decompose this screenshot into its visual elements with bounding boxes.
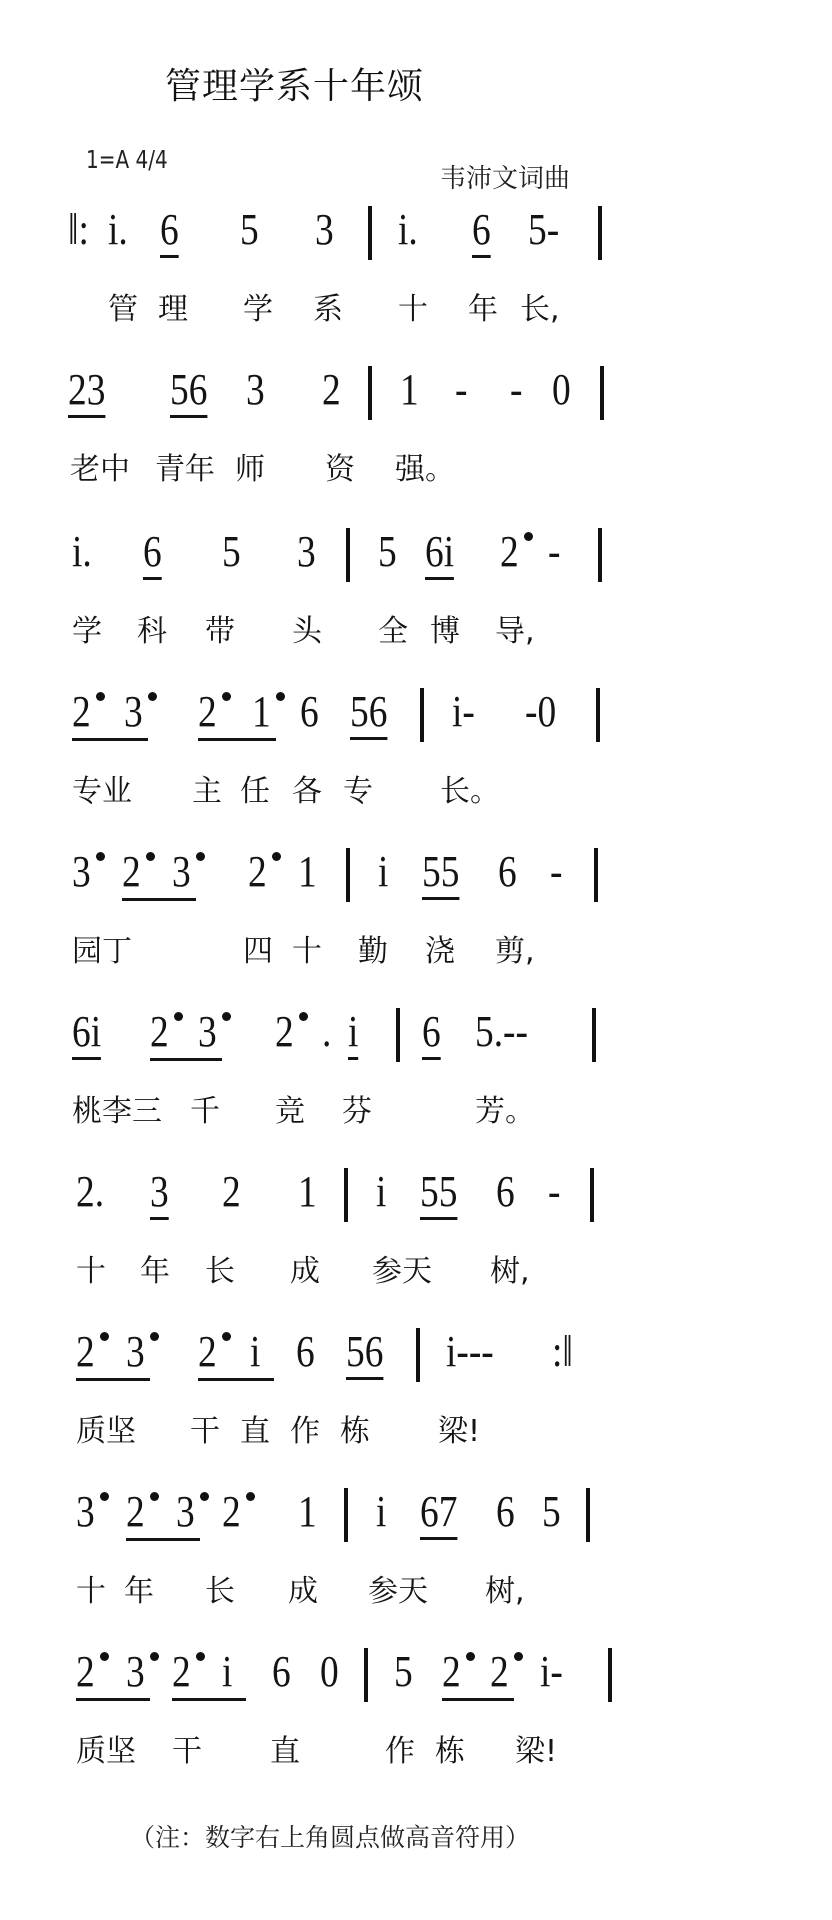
lyric-word: 剪, <box>495 926 535 970</box>
note: 1 <box>400 368 419 412</box>
note: 6i <box>425 530 454 574</box>
note: 2 <box>222 1490 241 1534</box>
note: 2 <box>248 850 267 894</box>
note: 5 <box>378 530 397 574</box>
note: 2 <box>126 1490 145 1534</box>
note: 23 <box>68 368 105 412</box>
score-line: 232i656i---:‖质坚干直作栋梁! <box>0 1330 832 1490</box>
high-octave-dot-icon <box>96 852 105 861</box>
note: 2 <box>150 1010 169 1054</box>
note: 1 <box>252 690 271 734</box>
note: 56 <box>350 690 387 734</box>
lyric-word: 干 <box>172 1726 202 1770</box>
note: 3 <box>198 1010 217 1054</box>
beam-underline <box>76 1378 150 1381</box>
note: 1 <box>298 850 317 894</box>
note: - <box>550 850 562 894</box>
note: 2. <box>76 1170 104 1214</box>
note: i <box>348 1010 358 1054</box>
lyric-word: 强。 <box>395 444 455 488</box>
score-line: 2.321i556-十年长成参天树, <box>0 1170 832 1330</box>
lyric-word: 年 <box>468 284 498 328</box>
note: 2 <box>76 1650 95 1694</box>
note: 2 <box>322 368 341 412</box>
composer-credit: 韦沛文词曲 <box>440 158 570 195</box>
bar-line <box>596 688 600 742</box>
note: 5 <box>222 530 241 574</box>
lyric-word: 梁! <box>515 1726 557 1770</box>
lyric-word: 树, <box>485 1566 525 1610</box>
bar-line <box>420 688 424 742</box>
note: . <box>322 1010 331 1054</box>
note: 3 <box>124 690 143 734</box>
note: 56 <box>346 1330 383 1374</box>
note: - <box>455 368 467 412</box>
lyric-word: 头 <box>292 606 322 650</box>
lyric-word: 系 <box>313 284 343 328</box>
note: 3 <box>172 850 191 894</box>
note: 6 <box>498 850 517 894</box>
lyric-word: 老中 <box>70 444 130 488</box>
lyric-word: 桃李三 <box>72 1086 162 1130</box>
beam-underline <box>150 1058 222 1061</box>
note: 0 <box>320 1650 339 1694</box>
high-octave-dot-icon <box>174 1012 183 1021</box>
note: i. <box>108 208 128 252</box>
note: 6 <box>296 1330 315 1374</box>
score-line: ‖:i.653i.65-管理学系十年长, <box>0 208 832 368</box>
note: - <box>510 368 522 412</box>
note: 3 <box>246 368 265 412</box>
bar-line <box>598 528 602 582</box>
note: 2 <box>172 1650 191 1694</box>
note: 2 <box>222 1170 241 1214</box>
lyric-word: 长 <box>205 1566 235 1610</box>
note: i. <box>398 208 418 252</box>
note: 6 <box>496 1170 515 1214</box>
note: 2 <box>442 1650 461 1694</box>
repeat-start-sign: ‖: <box>68 208 89 252</box>
note: 6 <box>472 208 491 252</box>
bar-line <box>344 1488 348 1542</box>
note: 6 <box>300 690 319 734</box>
lyric-word: 专 <box>343 766 373 810</box>
note: 6 <box>422 1010 441 1054</box>
lyric-word: 质坚 <box>76 1726 136 1770</box>
note: 3 <box>76 1490 95 1534</box>
key-time-signature: 1=A 4/4 <box>86 145 168 174</box>
lyric-word: 专业 <box>72 766 132 810</box>
note: 2 <box>72 690 91 734</box>
note: 2 <box>198 690 217 734</box>
lyric-word: 导, <box>495 606 535 650</box>
lyric-word: 科 <box>137 606 167 650</box>
note: i <box>378 850 388 894</box>
high-octave-dot-icon <box>196 852 205 861</box>
lyric-word: 作 <box>385 1726 415 1770</box>
lyric-word: 博 <box>430 606 460 650</box>
score-line: i.65356i2-学科带头全博导, <box>0 530 832 690</box>
note: 55 <box>422 850 459 894</box>
high-octave-dot-icon <box>100 1652 109 1661</box>
score-line: 2321656i--0专业主任各专长。 <box>0 690 832 850</box>
high-octave-dot-icon <box>276 692 285 701</box>
score-line: 32321i556-园丁四十勤浇剪, <box>0 850 832 1010</box>
note: i- <box>452 690 475 734</box>
lyric-word: 浇 <box>425 926 455 970</box>
note: 1 <box>298 1170 317 1214</box>
note: - <box>548 530 560 574</box>
lyric-word: 青年 <box>155 444 215 488</box>
high-octave-dot-icon <box>466 1652 475 1661</box>
lyric-word: 直 <box>240 1406 270 1450</box>
note: 5 <box>240 208 259 252</box>
note: 5 <box>542 1490 561 1534</box>
note: 3 <box>126 1330 145 1374</box>
high-octave-dot-icon <box>100 1492 109 1501</box>
bar-line <box>600 366 604 420</box>
note: 5- <box>528 208 559 252</box>
lyric-word: 四 <box>243 926 273 970</box>
note: i- <box>540 1650 563 1694</box>
bar-line <box>344 1168 348 1222</box>
bar-line <box>346 848 350 902</box>
high-octave-dot-icon <box>246 1492 255 1501</box>
lyric-word: 各 <box>292 766 322 810</box>
note: 3 <box>150 1170 169 1214</box>
note: 5.-- <box>475 1010 528 1054</box>
lyric-word: 年 <box>140 1246 170 1290</box>
bar-line <box>416 1328 420 1382</box>
score-line: 232i60522i-质坚干直作栋梁! <box>0 1650 832 1810</box>
lyric-word: 学 <box>72 606 102 650</box>
lyric-word: 作 <box>290 1406 320 1450</box>
lyric-word: 带 <box>205 606 235 650</box>
lyric-word: 千 <box>190 1086 220 1130</box>
note: 6 <box>143 530 162 574</box>
note: 3 <box>297 530 316 574</box>
lyric-word: 参天 <box>372 1246 432 1290</box>
high-octave-dot-icon <box>96 692 105 701</box>
high-octave-dot-icon <box>299 1012 308 1021</box>
lyric-word: 资 <box>325 444 355 488</box>
note: 67 <box>420 1490 457 1534</box>
high-octave-dot-icon <box>514 1652 523 1661</box>
bar-line <box>364 1648 368 1702</box>
bar-line <box>608 1648 612 1702</box>
lyric-word: 长, <box>520 284 560 328</box>
high-octave-dot-icon <box>150 1332 159 1341</box>
high-octave-dot-icon <box>150 1492 159 1501</box>
note: 2 <box>76 1330 95 1374</box>
lyric-word: 勤 <box>358 926 388 970</box>
note: 2 <box>198 1330 217 1374</box>
beam-underline <box>76 1698 150 1701</box>
note: 55 <box>420 1170 457 1214</box>
lyric-word: 主 <box>192 766 222 810</box>
lyric-word: 长 <box>205 1246 235 1290</box>
note: i--- <box>446 1330 494 1374</box>
score-line: 6i232.i65.--桃李三千竞芬芳。 <box>0 1010 832 1170</box>
lyric-word: 十 <box>76 1246 106 1290</box>
bar-line <box>594 848 598 902</box>
note: i <box>376 1490 386 1534</box>
note: 2 <box>490 1650 509 1694</box>
lyric-word: 芬 <box>342 1086 372 1130</box>
note: 2 <box>275 1010 294 1054</box>
high-octave-dot-icon <box>148 692 157 701</box>
lyric-word: 园丁 <box>72 926 132 970</box>
note: 2 <box>122 850 141 894</box>
beam-underline <box>172 1698 246 1701</box>
beam-underline <box>198 738 276 741</box>
high-octave-dot-icon <box>146 852 155 861</box>
lyric-word: 年 <box>124 1566 154 1610</box>
bar-line <box>598 206 602 260</box>
note: 3 <box>72 850 91 894</box>
high-octave-dot-icon <box>222 1332 231 1341</box>
lyric-word: 管 <box>108 284 138 328</box>
note: -0 <box>525 690 556 734</box>
footnote: （注：数字右上角圆点做高音符用） <box>130 1818 530 1854</box>
lyric-word: 干 <box>190 1406 220 1450</box>
high-octave-dot-icon <box>100 1332 109 1341</box>
note: 6 <box>272 1650 291 1694</box>
beam-underline <box>72 738 148 741</box>
beam-underline <box>126 1538 200 1541</box>
lyric-word: 芳。 <box>475 1086 535 1130</box>
score-line: 32321i6765十年长成参天树, <box>0 1490 832 1650</box>
bar-line <box>586 1488 590 1542</box>
lyric-word: 成 <box>288 1566 318 1610</box>
high-octave-dot-icon <box>196 1652 205 1661</box>
lyric-word: 树, <box>490 1246 530 1290</box>
lyric-word: 全 <box>378 606 408 650</box>
beam-underline <box>122 898 196 901</box>
lyric-word: 参天 <box>368 1566 428 1610</box>
lyric-word: 师 <box>235 444 265 488</box>
high-octave-dot-icon <box>150 1652 159 1661</box>
lyric-word: 直 <box>270 1726 300 1770</box>
high-octave-dot-icon <box>222 692 231 701</box>
note: 2 <box>500 530 519 574</box>
note: 6 <box>160 208 179 252</box>
lyric-word: 成 <box>290 1246 320 1290</box>
bar-line <box>396 1008 400 1062</box>
song-title: 管理学系十年颂 <box>165 58 424 109</box>
beam-underline <box>442 1698 514 1701</box>
lyric-word: 长。 <box>440 766 500 810</box>
bar-line <box>368 366 372 420</box>
note: 0 <box>552 368 571 412</box>
note: 1 <box>298 1490 317 1534</box>
lyric-word: 十 <box>76 1566 106 1610</box>
lyric-word: 竞 <box>275 1086 305 1130</box>
note: 6i <box>72 1010 101 1054</box>
note: 3 <box>176 1490 195 1534</box>
bar-line <box>368 206 372 260</box>
note: 3 <box>126 1650 145 1694</box>
high-octave-dot-icon <box>222 1012 231 1021</box>
lyric-word: 栋 <box>340 1406 370 1450</box>
lyric-word: 梁! <box>438 1406 480 1450</box>
note: i <box>376 1170 386 1214</box>
high-octave-dot-icon <box>524 532 533 541</box>
high-octave-dot-icon <box>200 1492 209 1501</box>
bar-line <box>590 1168 594 1222</box>
lyric-word: 十 <box>398 284 428 328</box>
note: 56 <box>170 368 207 412</box>
lyric-word: 理 <box>158 284 188 328</box>
note: i. <box>72 530 92 574</box>
lyric-word: 质坚 <box>76 1406 136 1450</box>
note: 3 <box>315 208 334 252</box>
lyric-word: 学 <box>243 284 273 328</box>
lyric-word: 任 <box>240 766 270 810</box>
lyric-word: 十 <box>292 926 322 970</box>
bar-line <box>592 1008 596 1062</box>
note: 6 <box>496 1490 515 1534</box>
note: - <box>548 1170 560 1214</box>
note: 5 <box>394 1650 413 1694</box>
lyric-word: 栋 <box>435 1726 465 1770</box>
beam-underline <box>198 1378 274 1381</box>
bar-line <box>346 528 350 582</box>
note: i <box>250 1330 260 1374</box>
score-line: 2356321--0老中青年师资强。 <box>0 368 832 528</box>
note: i <box>222 1650 232 1694</box>
high-octave-dot-icon <box>272 852 281 861</box>
repeat-end-sign: :‖ <box>552 1330 573 1374</box>
